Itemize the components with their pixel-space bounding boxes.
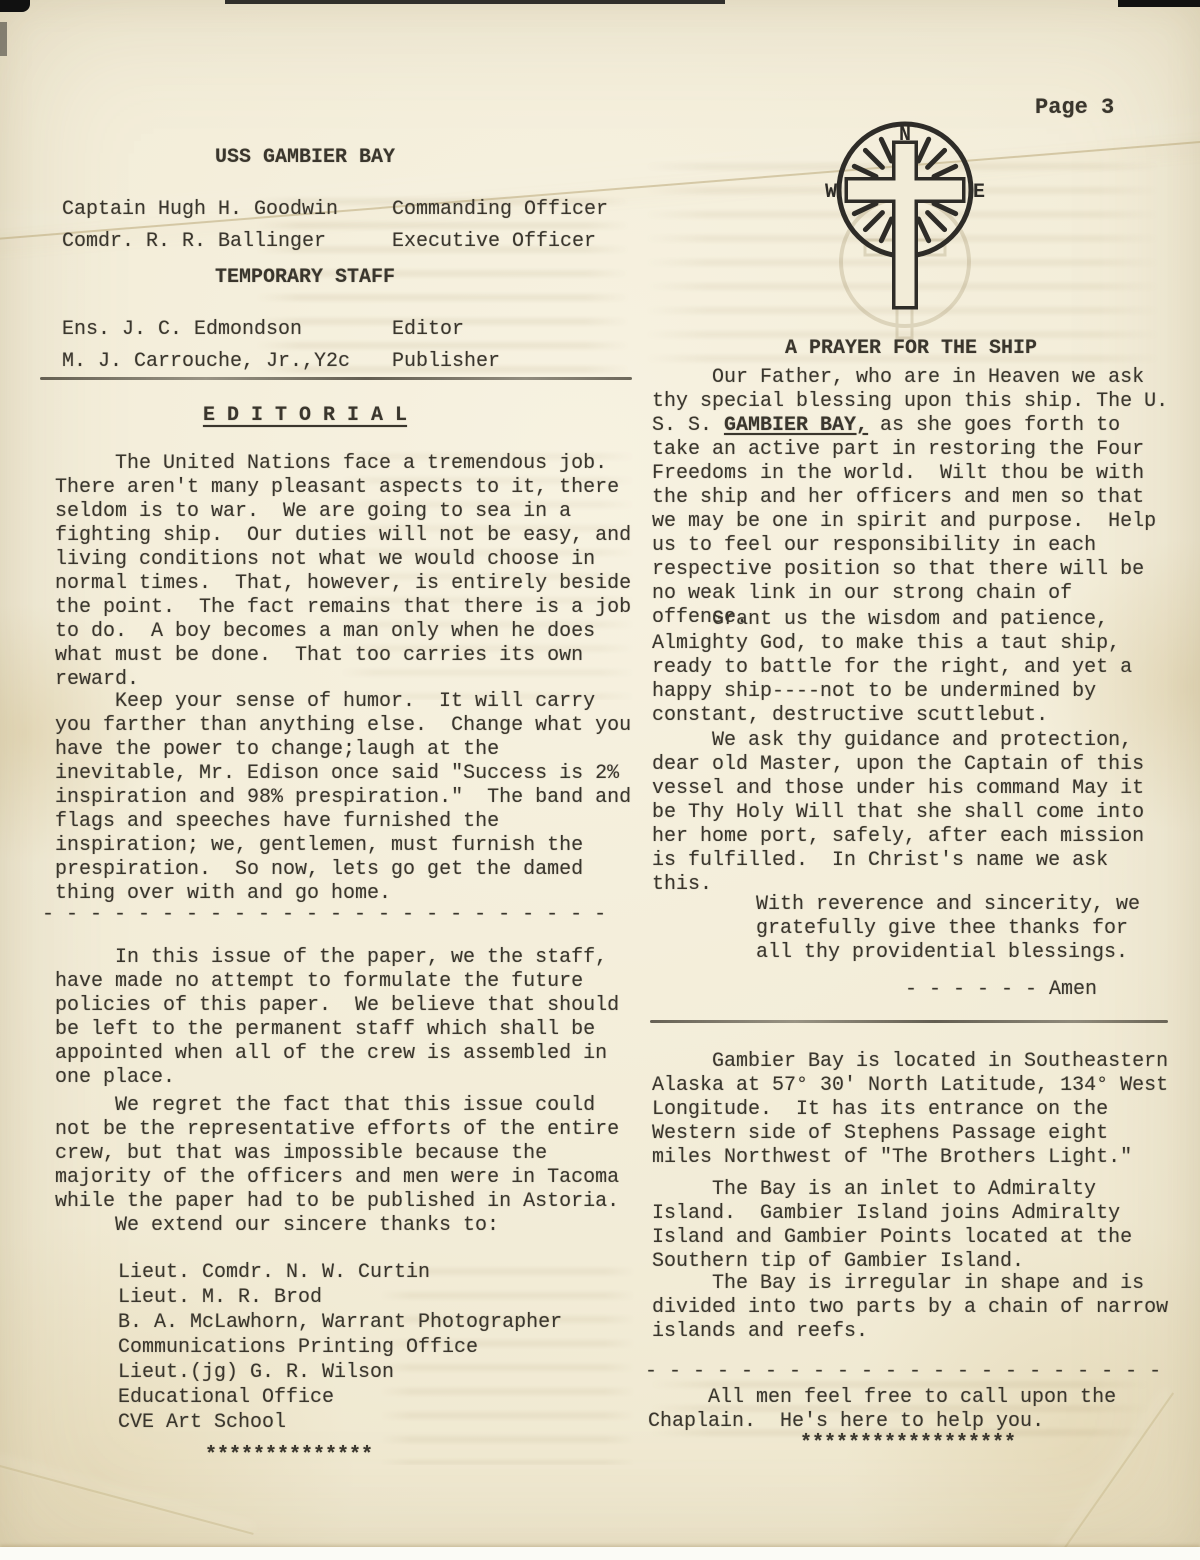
scan-edge-artifact	[1118, 0, 1200, 7]
thanks-list-item: Communications Printing Office	[118, 1335, 638, 1360]
masthead-title: USS GAMBIER BAY	[55, 146, 555, 170]
staff-table: Ens. J. C. Edmondson Editor M. J. Carrou…	[62, 316, 637, 376]
staff-name: M. J. Carrouche, Jr.,Y2c	[62, 348, 392, 376]
scan-edge-artifact	[0, 22, 7, 56]
thanks-list-item: Lieut. M. R. Brod	[118, 1285, 638, 1310]
thanks-list: Lieut. Comdr. N. W. Curtin Lieut. M. R. …	[118, 1260, 638, 1435]
column-divider-rule	[40, 377, 632, 380]
editorial-paragraph: The United Nations face a tremendous job…	[55, 452, 640, 692]
prayer-heading: A PRAYER FOR THE SHIP	[785, 337, 1037, 361]
prayer-text: as she goes forth to take an active part…	[652, 414, 1168, 629]
compass-west-label: W	[825, 181, 837, 204]
officers-table: Captain Hugh H. Goodwin Commanding Offic…	[62, 196, 637, 256]
location-paragraph: The Bay is irregular in shape and is div…	[652, 1272, 1172, 1344]
scan-edge-artifact	[225, 0, 725, 4]
editorial-paragraph: Keep your sense of humor. It will carry …	[55, 690, 640, 906]
editorial-paragraph: We regret the fact that this issue could…	[55, 1094, 640, 1214]
location-paragraph: The Bay is an inlet to Admiralty Island.…	[652, 1178, 1172, 1274]
prayer-paragraph: We ask thy guidance and protection, dear…	[652, 729, 1172, 897]
thanks-intro: We extend our sincere thanks to:	[55, 1214, 640, 1238]
thanks-list-item: Lieut. Comdr. N. W. Curtin	[118, 1260, 638, 1285]
amen-line: - - - - - - Amen	[905, 978, 1097, 1002]
scan-edge-bottom	[0, 1547, 1200, 1560]
chaplain-note: All men feel free to call upon the Chapl…	[648, 1386, 1173, 1434]
asterisk-divider: ******************	[800, 1432, 1016, 1456]
compass-cross-icon: N W E	[795, 112, 1015, 352]
asterisk-divider: **************	[205, 1444, 373, 1468]
thanks-list-item: CVE Art School	[118, 1410, 638, 1435]
paper-background: Page 3 USS GAMBIER BAY Captain Hugh H. G…	[0, 0, 1200, 1560]
scanned-newsletter-page: { "page": { "number_label": "Page 3" }, …	[0, 0, 1200, 1560]
dashed-separator: - - - - - - - - - - - - - - - - - - - - …	[645, 1360, 1173, 1384]
prayer-paragraph: Grant us the wisdom and patience, Almigh…	[652, 608, 1172, 728]
dashed-separator: - - - - - - - - - - - - - - - - - - - - …	[42, 903, 634, 927]
officer-name: Captain Hugh H. Goodwin	[62, 196, 392, 224]
ship-name: GAMBIER BAY,	[724, 414, 868, 437]
location-paragraph: Gambier Bay is located in Southeastern A…	[652, 1050, 1172, 1170]
editorial-heading: E D I T O R I A L	[55, 404, 555, 428]
prayer-paragraph: Our Father, who are in Heaven we ask thy…	[652, 366, 1172, 630]
scan-edge-artifact	[0, 0, 30, 12]
officer-name: Comdr. R. R. Ballinger	[62, 228, 392, 256]
staff-heading: TEMPORARY STAFF	[55, 266, 555, 290]
staff-role: Publisher	[392, 348, 637, 376]
thanks-list-item: B. A. McLawhorn, Warrant Photographer	[118, 1310, 638, 1335]
compass-east-label: E	[973, 181, 985, 204]
thanks-list-item: Educational Office	[118, 1385, 638, 1410]
prayer-blessing: With reverence and sincerity, we gratefu…	[756, 893, 1166, 965]
section-divider-rule	[650, 1020, 1168, 1023]
cross-shape	[847, 143, 963, 307]
staff-role: Editor	[392, 316, 637, 344]
officer-role: Executive Officer	[392, 228, 637, 256]
staff-name: Ens. J. C. Edmondson	[62, 316, 392, 344]
thanks-list-item: Lieut.(jg) G. R. Wilson	[118, 1360, 638, 1385]
officer-role: Commanding Officer	[392, 196, 637, 224]
page-number: Page 3	[1035, 96, 1114, 120]
paper-crease	[0, 1463, 254, 1535]
compass-north-label: N	[899, 124, 911, 147]
editorial-paragraph: In this issue of the paper, we the staff…	[55, 946, 640, 1090]
